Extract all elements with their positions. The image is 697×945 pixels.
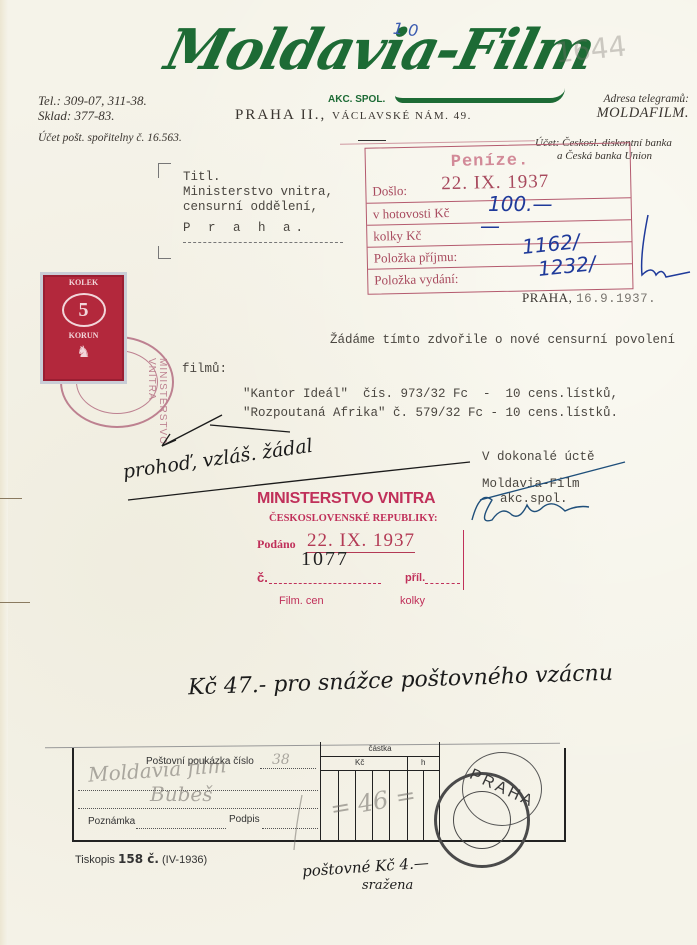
form-identifier: Tiskopis 158 č. (IV-1936) [75, 852, 207, 866]
attachments-line [425, 583, 460, 584]
form-id-prefix: Tiskopis [75, 854, 115, 866]
stamp-border [463, 530, 464, 590]
film-item: "Rozpoutaná Afrika" č. 579/32 Fc - 10 ce… [243, 406, 618, 421]
amount-header: částka [321, 742, 439, 757]
submitted-label: Podáno [257, 537, 296, 552]
paper-tear [0, 602, 30, 603]
form-id-number: 158 č. [118, 852, 159, 866]
company-address: PRAHA II., VÁCLAVSKÉ NÁM. 49. [235, 107, 472, 124]
address-city: PRAHA II., [235, 107, 326, 123]
recipient-line: censurní oddělení, [183, 200, 343, 215]
pencil-signer: Bubeš [150, 782, 212, 806]
warehouse-phone: Sklad: 377-83. [38, 108, 147, 123]
address-bracket [158, 246, 171, 259]
signature-label: Podpis [229, 814, 260, 825]
paper-tear [0, 498, 22, 499]
request-paragraph-cont: filmů: [182, 362, 227, 377]
revenue-stamp-bottom: KORUN [43, 331, 124, 340]
currency-h: h [421, 756, 425, 770]
postal-savings-account: Účet pošt. spořitelny č. 16.563. [38, 132, 182, 144]
registry-number: 1077 [301, 548, 349, 571]
cash-label: v hotovosti Kč [373, 205, 450, 222]
stamps-label: kolky [400, 595, 425, 607]
income-item-label: Položka příjmu: [374, 249, 458, 266]
digit-divider [423, 770, 424, 840]
number-label: č. [257, 570, 268, 585]
receipt-stamp-title: Peníze. [451, 151, 530, 172]
recipient-line: Ministerstvo vnitra, [183, 185, 343, 200]
request-paragraph: Žádáme tímto zdvořile o nové censurní po… [330, 333, 675, 348]
seal-text: MINISTERSTVO VNITRA [146, 358, 168, 445]
dotted-line [136, 828, 226, 829]
address-underline [183, 242, 343, 243]
dotted-line [78, 808, 318, 809]
film-item: "Kantor Ideál" čís. 973/32 Fc - 10 cens.… [243, 387, 618, 402]
expense-item-label: Položka vydání: [374, 271, 458, 288]
paper-edge [0, 0, 8, 945]
lion-emblem-icon: ♞ [43, 342, 124, 362]
form-id-date: (IV-1936) [162, 854, 207, 866]
telegram-info: Adresa telegramů: MOLDAFILM. [597, 93, 689, 122]
attachments-label: příl. [405, 572, 425, 584]
letter-date-value: 16.9.1937. [576, 292, 656, 306]
currency-header: Kč h [321, 756, 439, 771]
currency-kc: Kč [355, 756, 364, 770]
note-label: Poznámka [88, 816, 135, 827]
company-form: AKC. SPOL. [328, 94, 385, 105]
postmark-inner-ring [453, 791, 511, 849]
stamps-value: — [480, 214, 500, 238]
revenue-stamp: KOLEK 5 KORUN ♞ [40, 272, 127, 384]
letter-date-place: PRAHA, [522, 290, 572, 305]
divider [358, 140, 386, 141]
ministry-receipt-stamp: MINISTERSTVO VNITRA ČESKOSLOVENSKÉ REPUB… [255, 490, 465, 610]
logo-swash [395, 88, 565, 103]
ministry-subtitle: ČESKOSLOVENSKÉ REPUBLIKY: [269, 513, 438, 524]
ministry-title: MINISTERSTVO VNITRA [257, 490, 435, 508]
department-label: Film. cen [279, 595, 324, 607]
dotted-line [262, 828, 318, 829]
received-label: Došlo: [372, 183, 407, 199]
recipient-address: Titl. Ministerstvo vnitra, censurní oddě… [183, 170, 343, 243]
company-logo: Moldavia-Film [160, 22, 599, 78]
revenue-stamp-value: 5 [62, 293, 106, 327]
address-bracket [158, 163, 171, 178]
contact-info: Tel.: 309-07, 311-38. Sklad: 377-83. [38, 93, 147, 123]
dotted-line [260, 768, 316, 769]
phone-number: Tel.: 309-07, 311-38. [38, 93, 147, 108]
postmark-stamp: PRAHA [434, 772, 530, 868]
signature-company: Moldavia-Film [482, 477, 580, 492]
closing: V dokonalé úctě [482, 450, 595, 465]
stamps-label: kolky Kč [373, 228, 421, 244]
handwritten-number: 1 0 [392, 19, 419, 41]
revenue-stamp-top: KOLEK [43, 278, 124, 287]
letter-date: PRAHA, 16.9.1937. [522, 290, 656, 306]
handwritten-postage-note: sražena [362, 878, 413, 893]
recipient-city: P r a h a. [183, 221, 343, 236]
cash-value: 100.— [488, 192, 553, 216]
address-street: VÁCLAVSKÉ NÁM. 49. [332, 110, 472, 122]
signature-form: akc.spol. [500, 492, 568, 507]
number-line [269, 583, 381, 584]
telegram-label: Adresa telegramů: [597, 93, 689, 105]
telegram-address: MOLDAFILM. [597, 105, 689, 122]
pencil-order-number: 38 [272, 752, 290, 768]
recipient-line: Titl. [183, 170, 343, 185]
